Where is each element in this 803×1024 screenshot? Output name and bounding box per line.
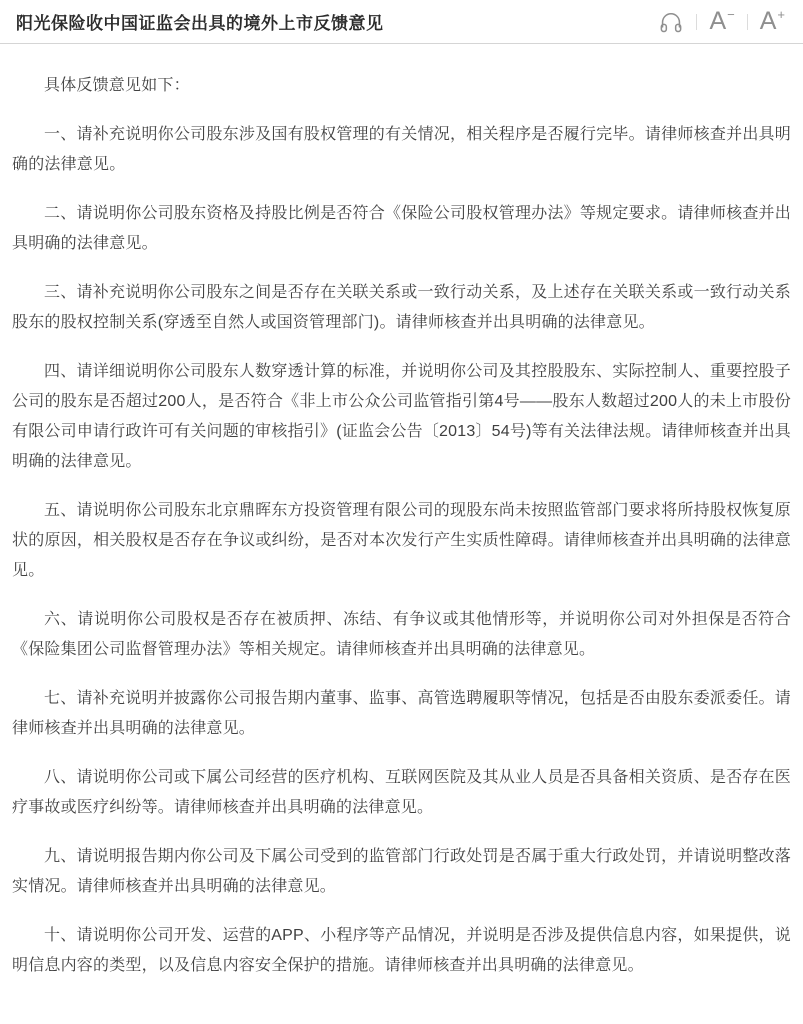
reader-toolbar: A− A+ xyxy=(646,0,797,43)
paragraph-intro: 具体反馈意见如下： xyxy=(12,71,791,101)
paragraph-item-6: 六、请说明你公司股权是否存在被质押、冻结、有争议或其他情形等，并说明你公司对外担… xyxy=(12,605,791,665)
paragraph-item-9: 九、请说明报告期内你公司及下属公司受到的监管部门行政处罚是否属于重大行政处罚，并… xyxy=(12,842,791,902)
plus-sign-icon: + xyxy=(777,8,785,21)
article-title: 阳光保险收中国证监会出具的境外上市反馈意见 xyxy=(16,9,384,34)
headphones-icon xyxy=(658,9,684,35)
paragraph-item-10: 十、请说明你公司开发、运营的APP、小程序等产品情况，并说明是否涉及提供信息内容… xyxy=(12,921,791,981)
decrease-font-button[interactable]: A− xyxy=(697,9,746,34)
paragraph-item-4: 四、请详细说明你公司股东人数穿透计算的标准，并说明你公司及其控股股东、实际控制人… xyxy=(12,357,791,477)
font-letter: A xyxy=(760,9,777,34)
article-body: 具体反馈意见如下： 一、请补充说明你公司股东涉及国有股权管理的有关情况，相关程序… xyxy=(0,44,803,1024)
paragraph-item-1: 一、请补充说明你公司股东涉及国有股权管理的有关情况，相关程序是否履行完毕。请律师… xyxy=(12,120,791,180)
paragraph-item-3: 三、请补充说明你公司股东之间是否存在关联关系或一致行动关系，及上述存在关联关系或… xyxy=(12,278,791,338)
increase-font-button[interactable]: A+ xyxy=(748,9,797,34)
minus-sign-icon: − xyxy=(727,8,735,21)
listen-audio-button[interactable] xyxy=(646,9,696,35)
article-header: 阳光保险收中国证监会出具的境外上市反馈意见 A− A+ xyxy=(0,0,803,44)
paragraph-item-2: 二、请说明你公司股东资格及持股比例是否符合《保险公司股权管理办法》等规定要求。请… xyxy=(12,199,791,259)
article-page: 阳光保险收中国证监会出具的境外上市反馈意见 A− A+ 具体反馈意见如下： 一、… xyxy=(0,0,803,1024)
font-letter: A xyxy=(709,9,726,34)
paragraph-item-8: 八、请说明你公司或下属公司经营的医疗机构、互联网医院及其从业人员是否具备相关资质… xyxy=(12,763,791,823)
paragraph-item-5: 五、请说明你公司股东北京鼎晖东方投资管理有限公司的现股东尚未按照监管部门要求将所… xyxy=(12,496,791,586)
paragraph-item-7: 七、请补充说明并披露你公司报告期内董事、监事、高管选聘履职等情况，包括是否由股东… xyxy=(12,684,791,744)
